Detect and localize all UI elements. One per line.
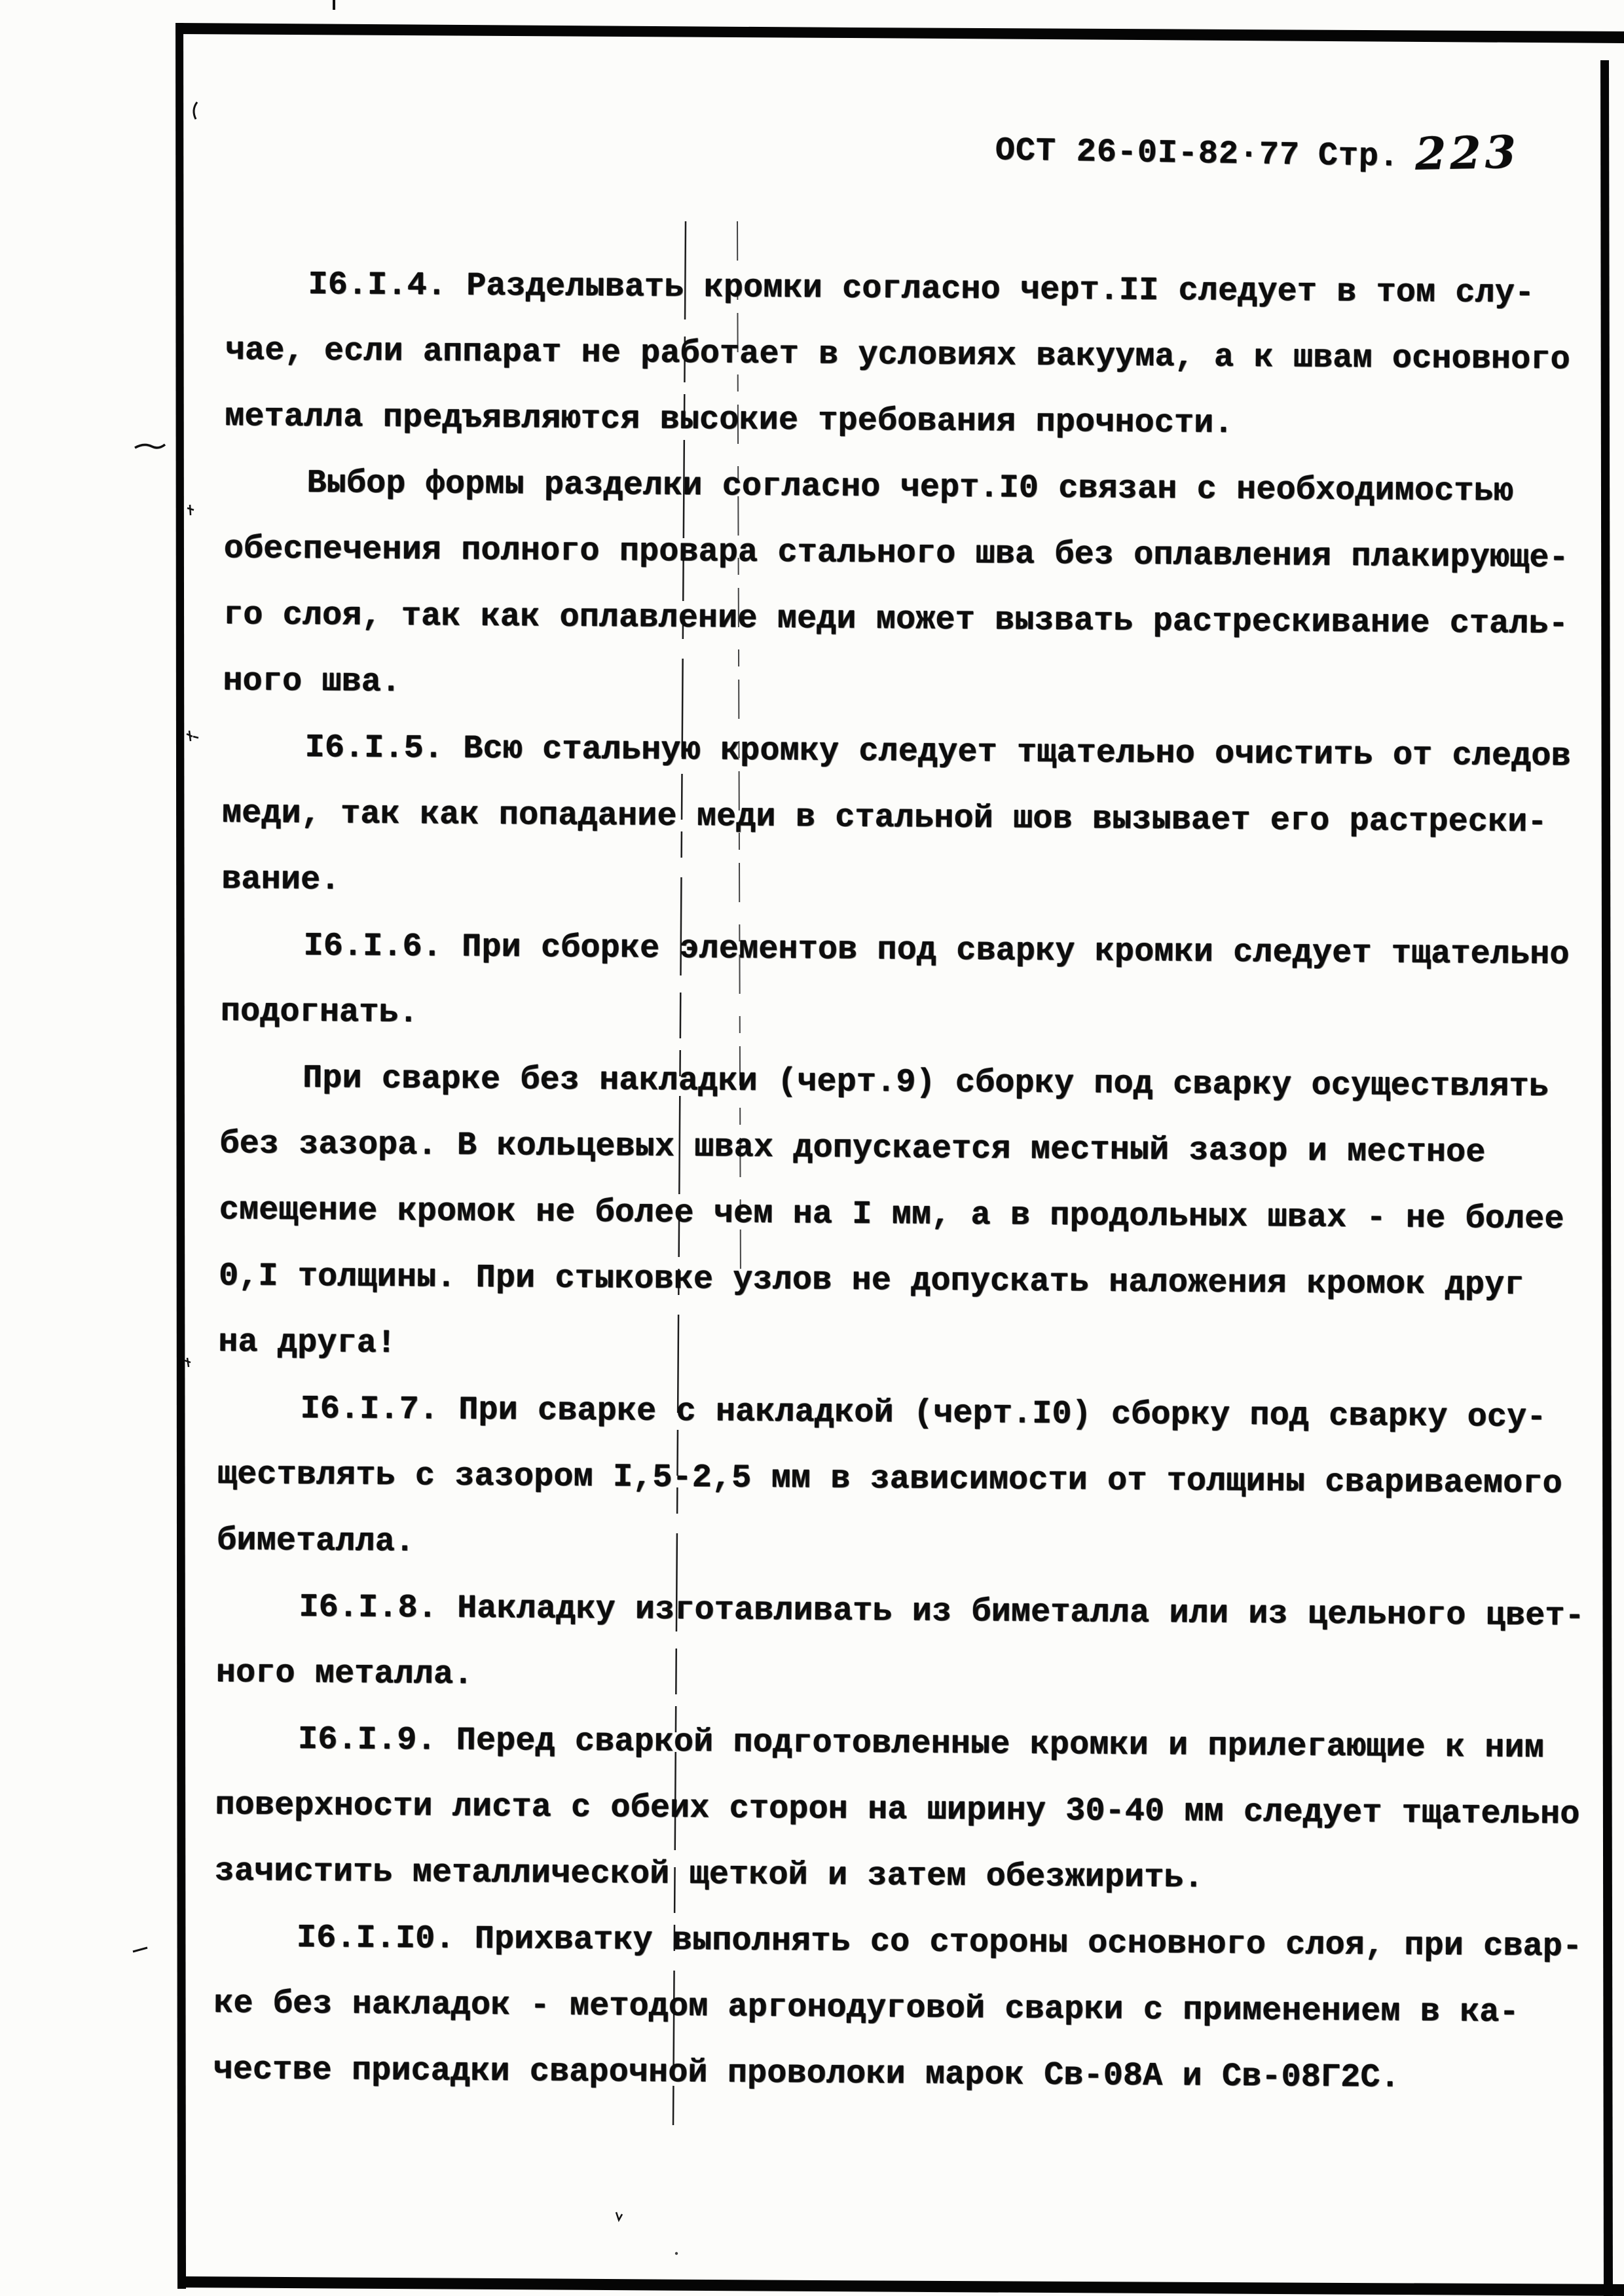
text-line: обеспечения полного провара стального шв… [223,516,1609,592]
text-line: зачистить металлической щеткой и затем о… [214,1838,1600,1914]
text-line: I6.I.4. Разделывать кромки согласно черт… [225,251,1611,327]
text-line: I6.I.I0. Прихватку выполнять со стороны … [214,1904,1600,1980]
scan-edge-top [177,23,1624,43]
text-line: биметалла. [217,1508,1602,1584]
text-line: I6.I.5. Всю стальную кромку следует тщат… [222,714,1608,790]
text-line: без зазора. В кольцевых швах допускается… [219,1111,1605,1187]
text-line: на друга! [218,1309,1604,1385]
margin-squiggle-mark [135,445,165,448]
text-line: I6.I.9. Перед сваркой подготовленные кро… [215,1706,1601,1782]
scan-edge-bottom [177,2276,1624,2296]
text-line: металла предъявляются высокие требования… [225,384,1610,460]
text-line: ке без накладок - методом аргонодуговой … [213,1971,1599,2047]
scanned-page: ОСТ 26-0I-82·77 Стр. 223 I6.I.4. Разделы… [0,0,1624,2296]
fold-line-speck [675,2252,678,2255]
bottom-speck-mark [616,2212,622,2220]
text-line: I6.I.6. При сборке элементов под сварку … [221,913,1606,989]
text-line: I6.I.8. Накладку изготавливать из бимета… [216,1574,1602,1650]
text-line: смещение кромок не более чем на I мм, а … [219,1177,1604,1253]
text-line: го слоя, так как оплавление меди может в… [223,582,1609,658]
text-line: поверхности листа с обеих сторон на шири… [215,1772,1600,1848]
text-line: ществлять с зазором I,5-2,5 мм в зависим… [217,1442,1603,1518]
margin-tick-mark-1 [187,505,194,515]
text-line: чае, если аппарат не работает в условиях… [225,318,1611,393]
margin-paren-mark [194,102,197,119]
scan-edge-left [175,23,186,2289]
text-line: подогнать. [221,979,1606,1055]
margin-tick-mark-3 [185,1358,191,1367]
text-line: вание. [221,847,1607,922]
text-line: 0,I толщины. При стыковке узлов не допус… [219,1243,1604,1319]
document-lines: I6.I.4. Разделывать кромки согласно черт… [213,251,1611,2113]
text-line: I6.I.7. При сварке с накладкой (черт.I0)… [217,1376,1603,1451]
margin-dash-mark [133,1948,147,1952]
text-line: ного металла. [215,1640,1601,1716]
margin-tick-mark-2 [187,731,198,741]
page-number-handwritten: 223 [1414,130,1520,177]
text-line: ного шва. [223,648,1608,724]
top-edge-tick [333,0,335,10]
text-line: меди, так как попадание меди в стальной … [222,780,1608,856]
text-line: При сварке без накладки (черт.9) сборку … [220,1045,1606,1121]
standard-number: ОСТ 26-0I-82·77 [995,135,1300,172]
text-line: Выбор формы разделки согласно черт.I0 св… [224,450,1610,526]
page-header: ОСТ 26-0I-82·77 Стр. 223 [995,122,1520,176]
page-label: Стр. [1318,140,1399,174]
text-line: честве присадки сварочной проволоки маро… [213,2037,1598,2113]
